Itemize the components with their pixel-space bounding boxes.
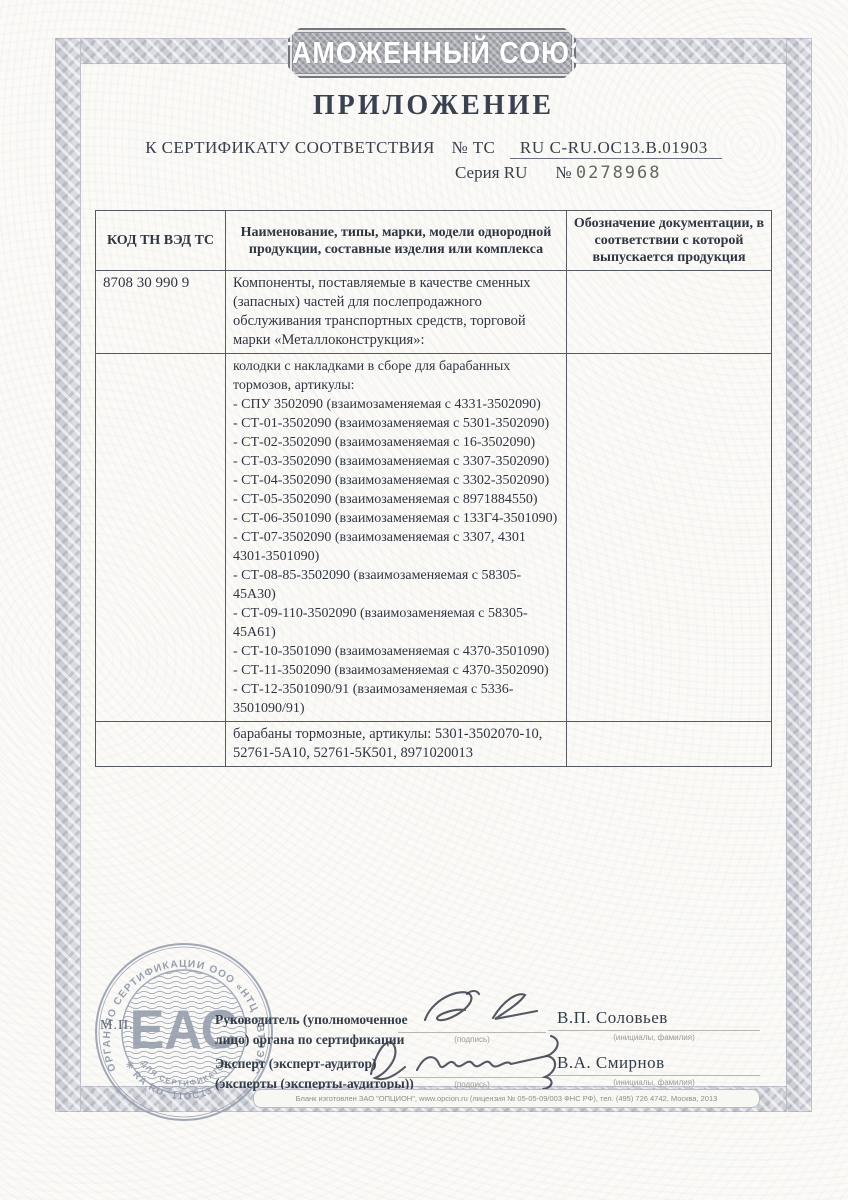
cell-description: Компоненты, поставляемые в качестве смен… — [226, 271, 567, 354]
series-no-sign: № — [555, 163, 571, 182]
certificate-number: RU C-RU.ОС13.В.01903 — [510, 138, 722, 159]
form-fine-print: Бланк изготовлен ЗАО "ОПЦИОН", www.opcio… — [253, 1089, 760, 1108]
series-line: Серия RU № 0278968 — [455, 163, 662, 183]
customs-union-banner: ТАМОЖЕННЫЙ СОЮЗ — [288, 28, 576, 78]
product-table: КОД ТН ВЭД ТС Наименование, типы, марки,… — [95, 210, 772, 767]
signature-2-icon — [355, 1022, 570, 1090]
cell-doc — [567, 722, 772, 767]
certificate-page: ТАМОЖЕННЫЙ СОЮЗ ПРИЛОЖЕНИЕ К СЕРТИФИКАТУ… — [0, 0, 848, 1200]
name-caption-1: (инициалы, фамилия) — [548, 1033, 760, 1042]
certificate-number-label: № ТС — [451, 138, 495, 157]
certificate-prefix: К СЕРТИФИКАТУ СООТВЕТСТВИЯ — [145, 138, 435, 157]
table-row: колодки с накладками в сборе для барабан… — [96, 354, 772, 722]
header-doc: Обозначение документации, в соответствии… — [567, 211, 772, 271]
certificate-reference-line: К СЕРТИФИКАТУ СООТВЕТСТВИЯ № ТС RU C-RU.… — [55, 138, 812, 158]
cell-description: барабаны тормозные, артикулы: 5301-35020… — [226, 722, 567, 767]
name-line-1 — [548, 1010, 760, 1031]
frame-border-left — [55, 38, 81, 1112]
cell-code — [96, 354, 226, 722]
name-line-2 — [548, 1055, 760, 1076]
name-caption-2: (инициалы, фамилия) — [548, 1078, 760, 1087]
page-title: ПРИЛОЖЕНИЕ — [55, 90, 812, 122]
banner-label: ТАМОЖЕННЫЙ СОЮЗ — [276, 36, 588, 71]
cell-doc — [567, 271, 772, 354]
table-row: 8708 30 990 9 Компоненты, поставляемые в… — [96, 271, 772, 354]
cell-code: 8708 30 990 9 — [96, 271, 226, 354]
table-row: барабаны тормозные, артикулы: 5301-35020… — [96, 722, 772, 767]
series-number: 0278968 — [576, 163, 662, 183]
series-label: Серия RU — [455, 163, 527, 183]
frame-border-right — [786, 38, 812, 1112]
header-code: КОД ТН ВЭД ТС — [96, 211, 226, 271]
cell-description: колодки с накладками в сборе для барабан… — [226, 354, 567, 722]
header-name: Наименование, типы, марки, модели одноро… — [226, 211, 567, 271]
cell-code — [96, 722, 226, 767]
series-number-group: № 0278968 — [555, 163, 661, 183]
table-header-row: КОД ТН ВЭД ТС Наименование, типы, марки,… — [96, 211, 772, 271]
cell-doc — [567, 354, 772, 722]
stamp-place-mark: М.П. — [100, 1018, 134, 1034]
